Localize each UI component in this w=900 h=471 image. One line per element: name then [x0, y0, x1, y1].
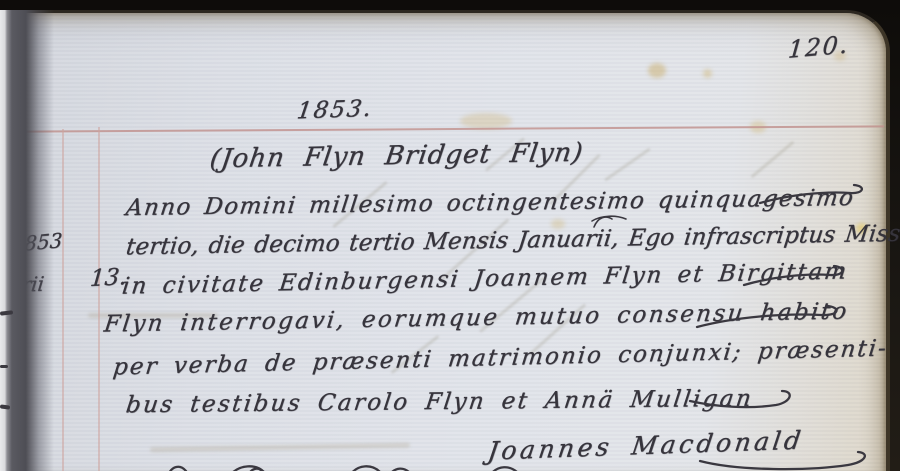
flourish-line-3: [742, 263, 850, 293]
flourish-line-4: [695, 303, 847, 335]
margin-rule-right: [98, 127, 100, 471]
body-line-2: tertio, die decimo tertio Mensis Januari…: [124, 220, 900, 261]
body-line-3: in civitate Edinburgensi Joannem Flyn et…: [121, 258, 850, 299]
flourish-signature: [698, 449, 876, 471]
ink-bleed: [604, 147, 651, 181]
flourish-line-1: [758, 183, 870, 209]
next-entry-partial-strokes: [160, 462, 580, 471]
stain: [703, 69, 712, 78]
gutter-shadow: [0, 10, 54, 471]
body-line-1: Anno Domini millesimo octingentesimo qui…: [124, 185, 856, 221]
register-page: 120. 1853. (John Flyn Bridget Flyn) Jan/…: [0, 10, 890, 471]
entry-heading: (John Flyn Bridget Flyn): [208, 138, 585, 175]
year-heading: 1853.: [295, 96, 374, 125]
ink-bleed: [750, 141, 794, 179]
page-number: 120.: [787, 30, 851, 64]
stain: [460, 113, 512, 129]
scanned-register-page: 120. 1853. (John Flyn Bridget Flyn) Jan/…: [0, 0, 900, 471]
insertion-mark: [588, 211, 630, 233]
flourish-line-6: [688, 383, 806, 411]
cutoff-stroke: [0, 365, 8, 368]
smudge: [150, 443, 410, 453]
body-line-6: bus testibus Carolo Flyn et Annä Mulliga…: [124, 386, 755, 419]
stain: [648, 63, 666, 78]
body-line-5: per verba de præsenti matrimonio conjunx…: [112, 335, 890, 380]
margin-rule-left: [62, 129, 64, 471]
